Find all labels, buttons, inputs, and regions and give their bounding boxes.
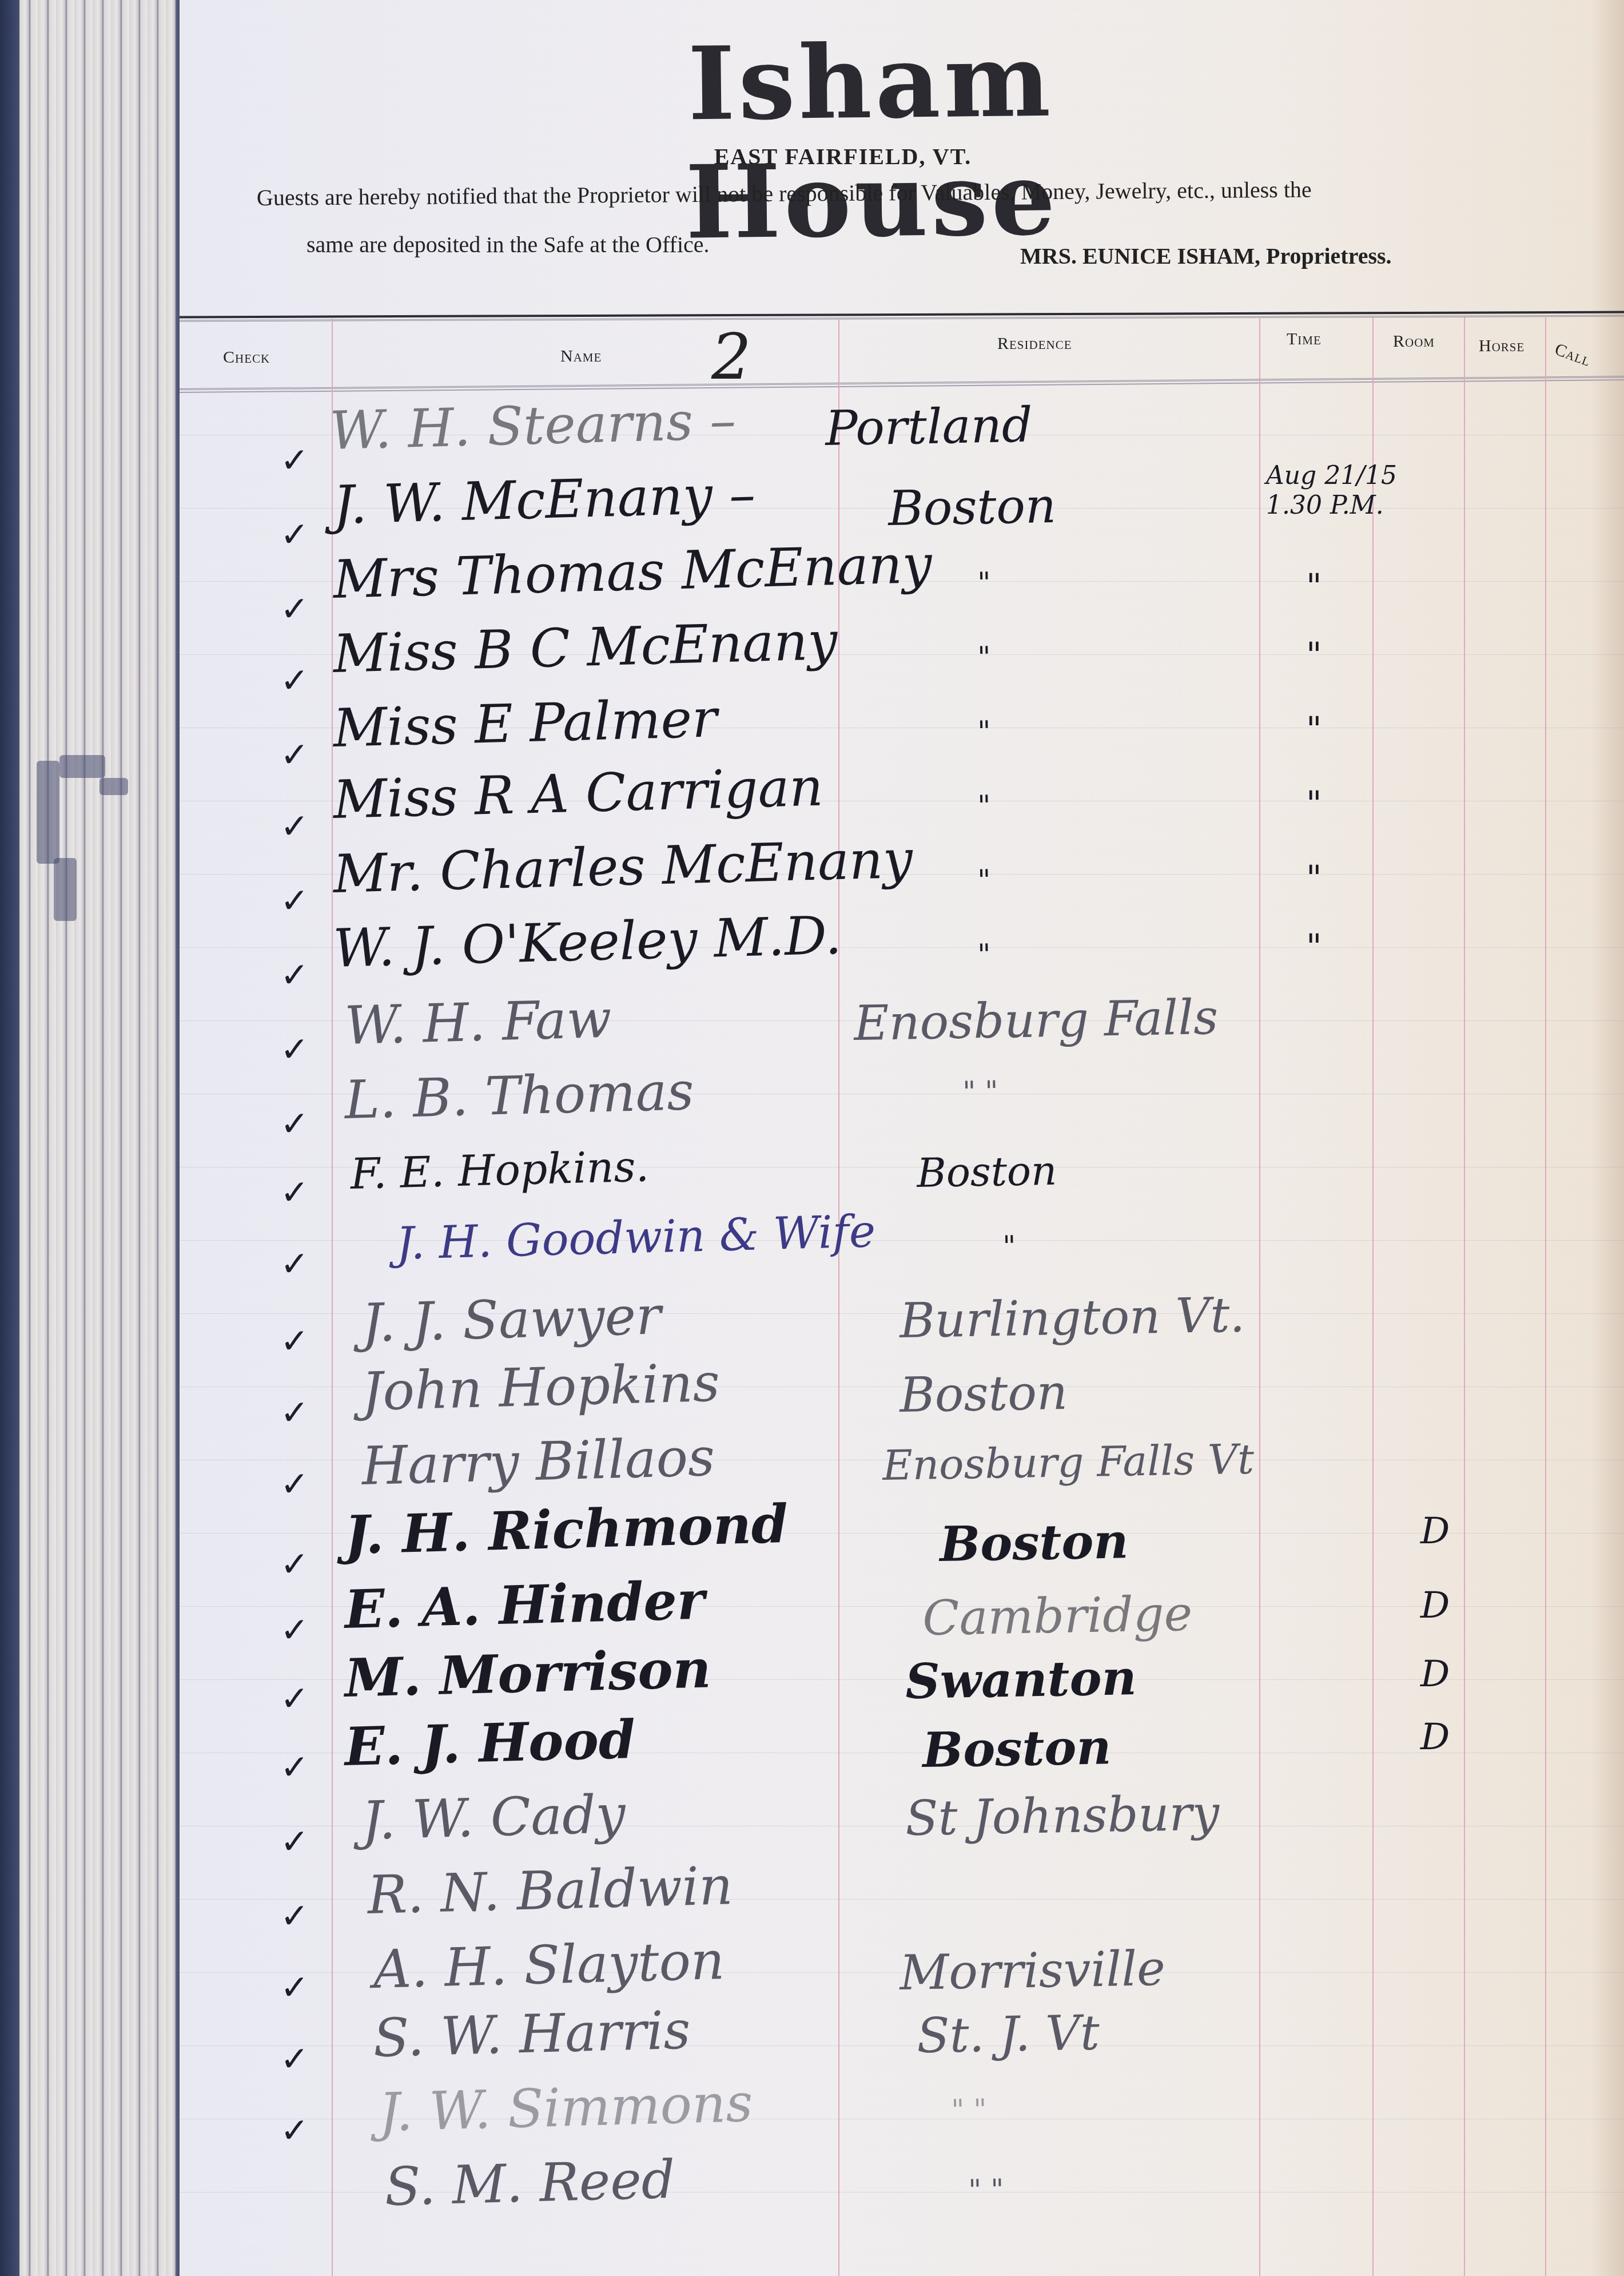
check-mark: ✓ [280, 1030, 309, 1070]
guest-residence: " [1002, 1230, 1016, 1263]
arrival-time: " [1306, 709, 1322, 749]
arrival-time: " [1306, 566, 1322, 606]
arrival-time: " [1306, 635, 1322, 675]
guest-name: J. W. Simmons [378, 2072, 754, 2143]
guest-name: Miss R A Carrigan [332, 757, 824, 831]
horse-mark: D [1420, 1653, 1450, 1695]
guest-name: S. M. Reed [384, 2149, 676, 2218]
guest-residence: Boston [899, 1364, 1068, 1423]
check-mark: ✓ [280, 2039, 309, 2079]
guest-name: A. H. Slayton [372, 1930, 725, 2000]
guest-residence: " [977, 566, 991, 599]
check-mark: ✓ [280, 1464, 309, 1504]
column-divider [1372, 317, 1374, 2276]
check-mark: ✓ [280, 1822, 309, 1862]
register-page: Isham House EAST FAIRFIELD, VT. Guests a… [180, 0, 1624, 2276]
guest-name: E. J. Hood [344, 1709, 636, 1778]
guest-name: W. H. Faw [344, 988, 612, 1056]
column-header-name: Name [560, 347, 602, 366]
check-mark: ✓ [280, 807, 309, 847]
check-mark: ✓ [280, 735, 309, 775]
guest-residence: " [977, 864, 991, 897]
guest-name: J. J. Sawyer [361, 1285, 662, 1354]
column-header-call: Call [1552, 340, 1594, 371]
check-mark: ✓ [280, 955, 309, 995]
guest-name: J. H. Richmond [344, 1493, 789, 1566]
column-divider [1259, 317, 1260, 2276]
guest-residence: " " [951, 2093, 987, 2127]
guest-residence: " " [968, 2173, 1004, 2207]
arrival-time: " [1306, 858, 1322, 898]
guest-name: J. H. Goodwin & Wife [396, 1206, 876, 1270]
margin-date-note: Aug 25 [180, 1230, 189, 1403]
check-mark: ✓ [280, 661, 309, 701]
check-mark: ✓ [280, 1544, 309, 1584]
ink-stain [54, 858, 77, 921]
check-mark: ✓ [280, 440, 309, 480]
horse-mark: D [1420, 1584, 1450, 1627]
check-mark: ✓ [280, 1173, 309, 1213]
check-mark: ✓ [280, 2111, 309, 2151]
guest-residence: Boston [922, 1718, 1112, 1778]
guest-residence: " [977, 938, 991, 971]
check-mark: ✓ [280, 515, 309, 555]
guest-name: Miss E Palmer [332, 688, 718, 759]
guest-residence: " [977, 789, 991, 823]
column-divider [1545, 317, 1546, 2276]
horse-mark: D [1420, 1716, 1450, 1758]
column-header-time: Time [1287, 329, 1322, 349]
notice-text: Guests are hereby notified that the Prop… [257, 174, 1572, 211]
guest-residence: Boston [917, 1147, 1057, 1197]
guest-name: E. A. Hinder [344, 1570, 705, 1641]
ink-stain [99, 778, 128, 795]
guest-name: J. W. Cady [361, 1784, 626, 1852]
arrival-time: Aug 21/15 1.30 P.M. [1266, 461, 1397, 521]
guest-residence: Morrisville [899, 1940, 1165, 2001]
page-number: 2 [711, 320, 751, 394]
guest-residence: Cambridge [922, 1586, 1193, 1646]
guest-residence: " [977, 715, 991, 748]
guest-name: L. B. Thomas [344, 1060, 695, 1131]
guest-name: Mr. Charles McEnany [332, 829, 913, 905]
guest-name: Miss B C McEnany [332, 610, 838, 685]
guest-name: John Hopkins [361, 1352, 721, 1423]
guest-residence: " " [962, 1075, 998, 1109]
guest-residence: Boston [939, 1512, 1129, 1572]
column-divider [838, 317, 839, 2276]
guest-name: J. W. McEnany – [332, 464, 756, 536]
guest-residence: Enosburg Falls Vt [882, 1435, 1255, 1489]
horse-mark: D [1420, 1510, 1450, 1552]
guest-residence: Burlington Vt. [899, 1286, 1245, 1349]
guest-name: W. H. Stearns – [329, 390, 737, 462]
check-mark: ✓ [280, 1321, 309, 1361]
check-mark: ✓ [280, 1393, 309, 1433]
guest-name: S. W. Harris [372, 2000, 691, 2069]
arrival-time: " [1306, 927, 1322, 967]
guest-residence: Swanton [905, 1649, 1137, 1710]
guest-residence: " [977, 641, 991, 674]
ink-stain [37, 761, 59, 864]
guest-residence: Enosburg Falls [853, 989, 1219, 1051]
column-header-residence: Residence [997, 334, 1072, 353]
guest-residence: Boston [887, 478, 1057, 537]
column-header-room: Room [1393, 332, 1435, 351]
check-mark: ✓ [280, 1968, 309, 2008]
check-mark: ✓ [280, 1610, 309, 1650]
guest-residence: St Johnsbury [905, 1785, 1220, 1846]
hotel-location: EAST FAIRFIELD, VT. [643, 143, 1043, 170]
ink-stain [59, 755, 105, 778]
check-mark: ✓ [280, 881, 309, 921]
page-stack-edge [19, 0, 177, 2276]
column-header-horse: Horse [1479, 336, 1525, 356]
guest-name: Harry Billaos [361, 1427, 715, 1497]
proprietor-name: MRS. EUNICE ISHAM, Proprietress. [1020, 243, 1392, 269]
guest-residence: Portland [825, 397, 1033, 456]
hotel-name: Isham House [499, 19, 1244, 264]
column-header-check: Check [223, 348, 270, 367]
check-mark: ✓ [280, 1679, 309, 1719]
check-mark: ✓ [280, 1104, 309, 1144]
check-mark: ✓ [280, 1747, 309, 1788]
header-rule-bottom [180, 376, 1624, 393]
header-rule-top [180, 311, 1624, 322]
check-mark: ✓ [280, 1896, 309, 1936]
check-mark: ✓ [280, 1244, 309, 1284]
column-divider [332, 317, 333, 2276]
guest-name: W. J. O'Keeley M.D. [332, 905, 842, 979]
page-curl-shadow [1590, 0, 1624, 2276]
check-mark: ✓ [280, 589, 309, 629]
guest-name: F. E. Hopkins. [350, 1142, 650, 1199]
column-divider [1464, 317, 1465, 2276]
guest-name: M. Morrison [344, 1638, 712, 1709]
guest-residence: St. J. Vt [916, 2004, 1100, 2064]
notice-text-continued: same are deposited in the Safe at the Of… [307, 231, 710, 258]
guest-name: Mrs Thomas McEnany [332, 534, 933, 610]
guest-name: R. N. Baldwin [367, 1855, 734, 1926]
arrival-time: " [1306, 784, 1322, 824]
